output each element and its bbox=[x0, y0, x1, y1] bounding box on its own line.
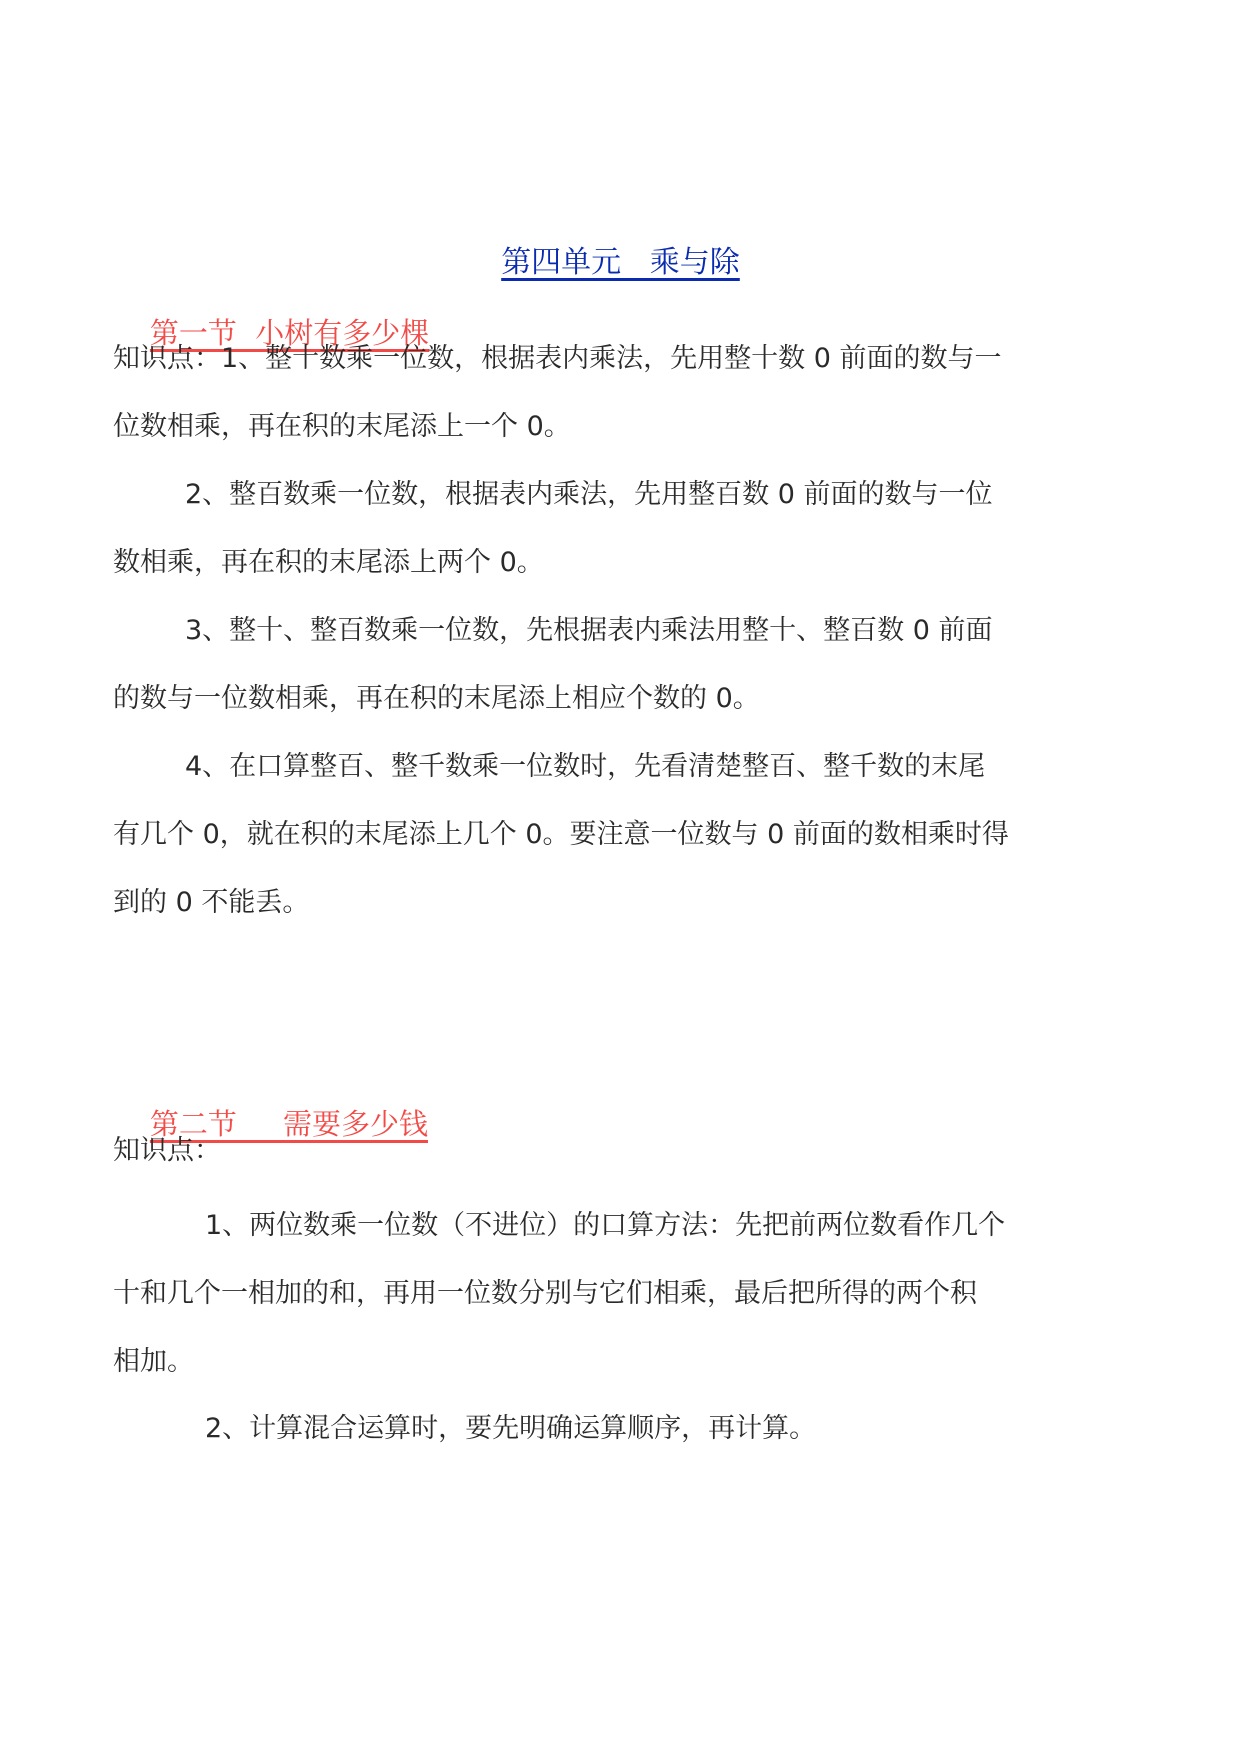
section-1-point-4: 4、在口算整百、整千数乘一位数时，先看清楚整百、整千数的末尾 有几个 0，就在积… bbox=[113, 733, 1133, 937]
section-1-point-3: 3、整十、整百数乘一位数，先根据表内乘法用整十、整百数 0 前面 的数与一位数相… bbox=[113, 597, 1133, 733]
knowledge-label: 知识点： bbox=[113, 1117, 1133, 1185]
text-line: 有几个 0，就在积的末尾添上几个 0。要注意一位数与 0 前面的数相乘时得 bbox=[113, 801, 1133, 869]
text-line: 1、两位数乘一位数（不进位）的口算方法：先把前两位数看作几个 bbox=[113, 1192, 1133, 1260]
text-line: 相加。 bbox=[113, 1328, 1133, 1396]
section-2-label: 知识点： bbox=[113, 1117, 1133, 1185]
text-line: 数相乘，再在积的末尾添上两个 0。 bbox=[113, 529, 1133, 597]
text-line: 知识点：1、整十数乘一位数，根据表内乘法，先用整十数 0 前面的数与一 bbox=[113, 325, 1133, 393]
text-line: 到的 0 不能丢。 bbox=[113, 869, 1133, 937]
section-2-point-1: 1、两位数乘一位数（不进位）的口算方法：先把前两位数看作几个 十和几个一相加的和… bbox=[113, 1192, 1133, 1396]
section-1-point-1: 知识点：1、整十数乘一位数，根据表内乘法，先用整十数 0 前面的数与一 位数相乘… bbox=[113, 325, 1133, 461]
text-line: 2、计算混合运算时，要先明确运算顺序，再计算。 bbox=[113, 1395, 1133, 1463]
text-line: 3、整十、整百数乘一位数，先根据表内乘法用整十、整百数 0 前面 bbox=[113, 597, 1133, 665]
text-line: 的数与一位数相乘，再在积的末尾添上相应个数的 0。 bbox=[113, 665, 1133, 733]
document-page: 第四单元 乘与除 第一节 小树有多少棵 知识点：1、整十数乘一位数，根据表内乘法… bbox=[0, 0, 1241, 1754]
text-line: 十和几个一相加的和，再用一位数分别与它们相乘，最后把所得的两个积 bbox=[113, 1260, 1133, 1328]
unit-title-link[interactable]: 第四单元 乘与除 bbox=[501, 245, 740, 280]
section-1-point-2: 2、整百数乘一位数，根据表内乘法，先用整百数 0 前面的数与一位 数相乘，再在积… bbox=[113, 461, 1133, 597]
text-line: 2、整百数乘一位数，根据表内乘法，先用整百数 0 前面的数与一位 bbox=[113, 461, 1133, 529]
section-2-point-2: 2、计算混合运算时，要先明确运算顺序，再计算。 bbox=[113, 1395, 1133, 1463]
text-line: 4、在口算整百、整千数乘一位数时，先看清楚整百、整千数的末尾 bbox=[113, 733, 1133, 801]
text-line: 位数相乘，再在积的末尾添上一个 0。 bbox=[113, 393, 1133, 461]
unit-title: 第四单元 乘与除 bbox=[0, 237, 1241, 281]
